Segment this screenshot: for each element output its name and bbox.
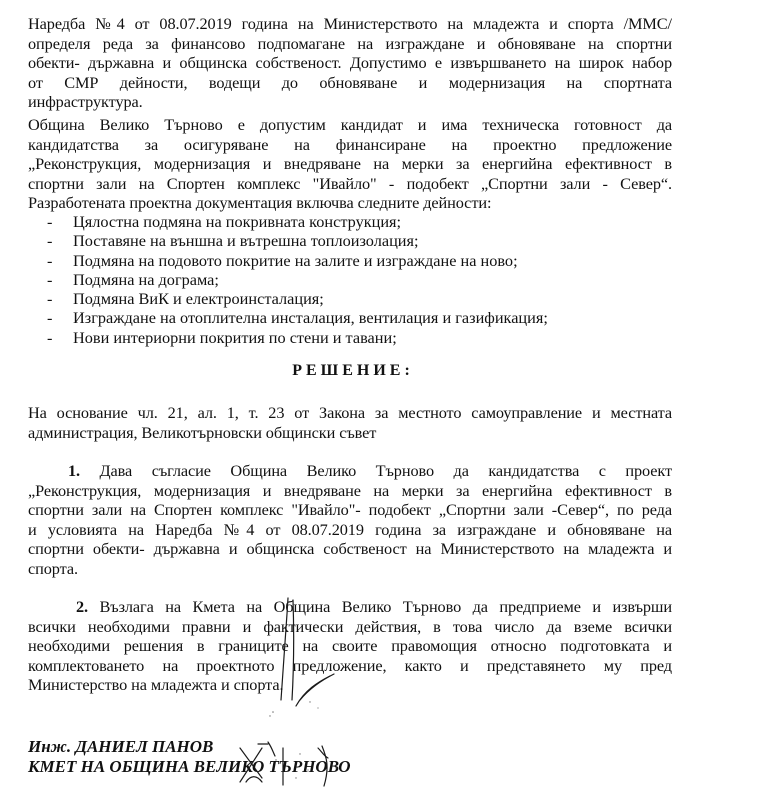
point-2-line: комплектоването на проектното предложени… [28,656,672,676]
basis-line: администрация, Великотърновски общински … [28,423,672,443]
intro-paragraph: Наредба №4 от 08.07.2019 година на Минис… [28,14,672,112]
dash-bullet-icon: - [47,231,52,250]
decision-heading: РЕШЕНИЕ: [28,362,672,380]
point-number: 1. [68,461,80,480]
candidate-paragraph: Община Велико Търново е допустим кандида… [28,115,672,213]
basis-line: На основание чл. 21, ал. 1, т. 23 от Зак… [28,403,672,423]
point-1-first-line: 1. Дава съгласие Община Велико Търново д… [28,461,672,481]
point-2-line: всички необходими правни и фактически де… [28,617,672,637]
activity-item: -Подмяна на подовото покритие на залите … [28,251,672,270]
intro-line: от СМР дейности, водещи до обновяване и … [28,73,672,93]
point-1-line: спорта. [28,559,672,579]
point-number: 2. [76,597,88,616]
basis-paragraph: На основание чл. 21, ал. 1, т. 23 от Зак… [28,403,672,442]
candidate-line: Разработената проектна документация вклю… [28,193,672,213]
decision-point-2: 2. Възлага на Кмета на Община Велико Тър… [28,597,672,695]
dash-bullet-icon: - [47,328,52,347]
candidate-line: кандидатства за осигуряване на финансира… [28,135,672,155]
dash-bullet-icon: - [47,289,52,308]
signatory-title: КМЕТ НА ОБЩИНА ВЕЛИКО ТЪРНОВО [28,757,351,777]
dash-bullet-icon: - [47,212,52,231]
activity-item: -Изграждане на отоплителна инсталация, в… [28,308,672,327]
activity-item: -Цялостна подмяна на покривната конструк… [28,212,672,231]
activity-item: -Подмяна ВиК и електроинсталация; [28,289,672,308]
activity-item: -Поставяне на външна и вътрешна топлоизо… [28,231,672,250]
point-1-line: спортни зали на Спортен комплекс "Ивайло… [28,500,672,520]
dash-bullet-icon: - [47,251,52,270]
candidate-line: „Реконструкция, модернизация и внедряван… [28,154,672,174]
dash-bullet-icon: - [47,270,52,289]
dash-bullet-icon: - [47,308,52,327]
point-2-line: необходими решения в границите на своите… [28,636,672,656]
activity-item: -Подмяна на дограма; [28,270,672,289]
decision-point-1: 1. Дава съгласие Община Велико Търново д… [28,461,672,579]
candidate-line: Община Велико Търново е допустим кандида… [28,115,672,135]
activities-list: -Цялостна подмяна на покривната конструк… [28,212,672,347]
intro-line: Наредба №4 от 08.07.2019 година на Минис… [28,14,672,34]
intro-line: обекти- държавна и общинска собственост.… [28,53,672,73]
intro-line: инфраструктура. [28,92,672,112]
point-1-line: и условията на Наредба №4 от 08.07.2019 … [28,520,672,540]
candidate-line: спортни зали на Спортен комплекс "Ивайло… [28,174,672,194]
signatory-name: Инж. ДАНИЕЛ ПАНОВ [28,737,213,757]
intro-line: определя реда за финансово подпомагане н… [28,34,672,54]
point-2-line: Министерство на младежта и спорта. [28,675,672,695]
point-2-first-line: 2. Възлага на Кмета на Община Велико Тър… [28,597,672,617]
activity-item: -Нови интериорни покрития по стени и тав… [28,328,672,347]
point-1-line: „Реконструкция, модернизация и внедряван… [28,481,672,501]
point-1-line: спортни обекти- държавна и общинска собс… [28,539,672,559]
